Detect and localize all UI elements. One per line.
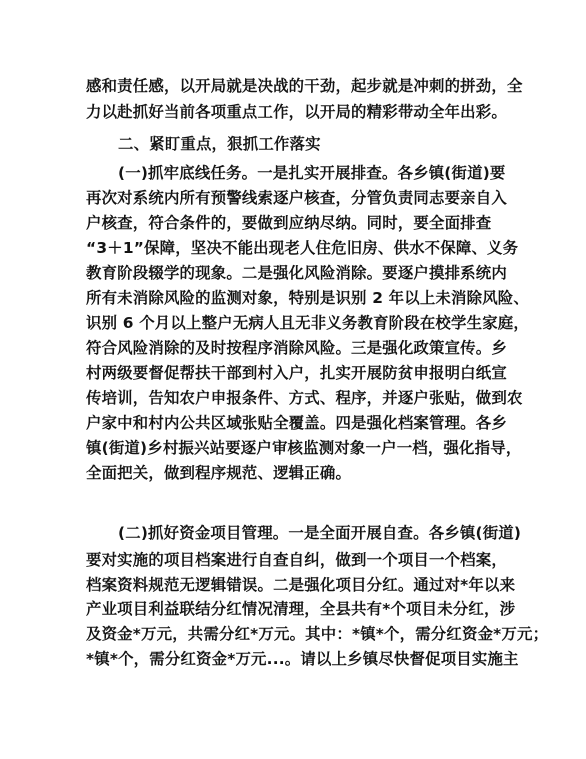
paragraph-1-line-3: 户核查，符合条件的，要做到应纳尽纳。同时，要全面排查 (86, 211, 506, 235)
paragraph-2-line-6: *镇*个，需分红资金*万元...。请以上乡镇尽快督促项目实施主 (86, 647, 506, 671)
paragraph-1-line-11: 户家中和村内公共区域张贴全覆盖。四是强化档案管理。各乡 (86, 411, 506, 435)
paragraph-1-line-9: 村两级要督促帮扶干部到村入户，扎实开展防贫申报明白纸宣 (86, 361, 506, 385)
paragraph-1-line-8: 符合风险消除的及时按程序消除风险。三是强化政策宣传。乡 (86, 336, 506, 360)
intro-line-1: 感和责任感，以开局就是决战的干劲，起步就是冲刺的拼劲，全 (86, 74, 506, 98)
paragraph-1-line-6: 所有未消除风险的监测对象，特别是识别 2 年以上未消除风险、 (86, 286, 506, 310)
paragraph-1-line-4: “3＋1”保障，坚决不能出现老人住危旧房、供水不保障、义务 (86, 236, 506, 260)
paragraph-2-line-5: 及资金*万元，共需分红*万元。其中：*镇*个，需分红资金*万元； (86, 622, 506, 646)
document-page: 感和责任感，以开局就是决战的干劲，起步就是冲刺的拼劲，全 力以赴抓好当前各项重点… (0, 0, 586, 759)
intro-line-2: 力以赴抓好当前各项重点工作，以开局的精彩带动全年出彩。 (86, 100, 506, 124)
paragraph-1-line-1: (一)抓牢底线任务。一是扎实开展排查。各乡镇(街道)要 (118, 161, 538, 185)
section-heading: 二、紧盯重点，狠抓工作落实 (118, 132, 538, 156)
paragraph-1-line-13: 全面把关，做到程序规范、逻辑正确。 (86, 461, 506, 485)
paragraph-1-line-2: 再次对系统内所有预警线索逐户核查，分管负责同志要亲自入 (86, 186, 506, 210)
paragraph-1-line-12: 镇(街道)乡村振兴站要逐户审核监测对象一户一档，强化指导， (86, 436, 506, 460)
paragraph-2-line-2: 要对实施的项目档案进行自查自纠，做到一个项目一个档案， (86, 548, 506, 572)
paragraph-1-line-7: 识别 6 个月以上整户无病人且无非义务教育阶段在校学生家庭， (86, 311, 506, 335)
paragraph-2-line-4: 产业项目利益联结分红情况清理，全县共有*个项目未分红，涉 (86, 597, 506, 621)
paragraph-2-line-3: 档案资料规范无逻辑错误。二是强化项目分红。通过对*年以来 (86, 573, 506, 597)
paragraph-1-line-10: 传培训，告知农户申报条件、方式、程序，并逐户张贴，做到农 (86, 386, 506, 410)
paragraph-1-line-5: 教育阶段辍学的现象。二是强化风险消除。要逐户摸排系统内 (86, 261, 506, 285)
paragraph-2-line-1: (二)抓好资金项目管理。一是全面开展自查。各乡镇(街道) (118, 521, 538, 545)
